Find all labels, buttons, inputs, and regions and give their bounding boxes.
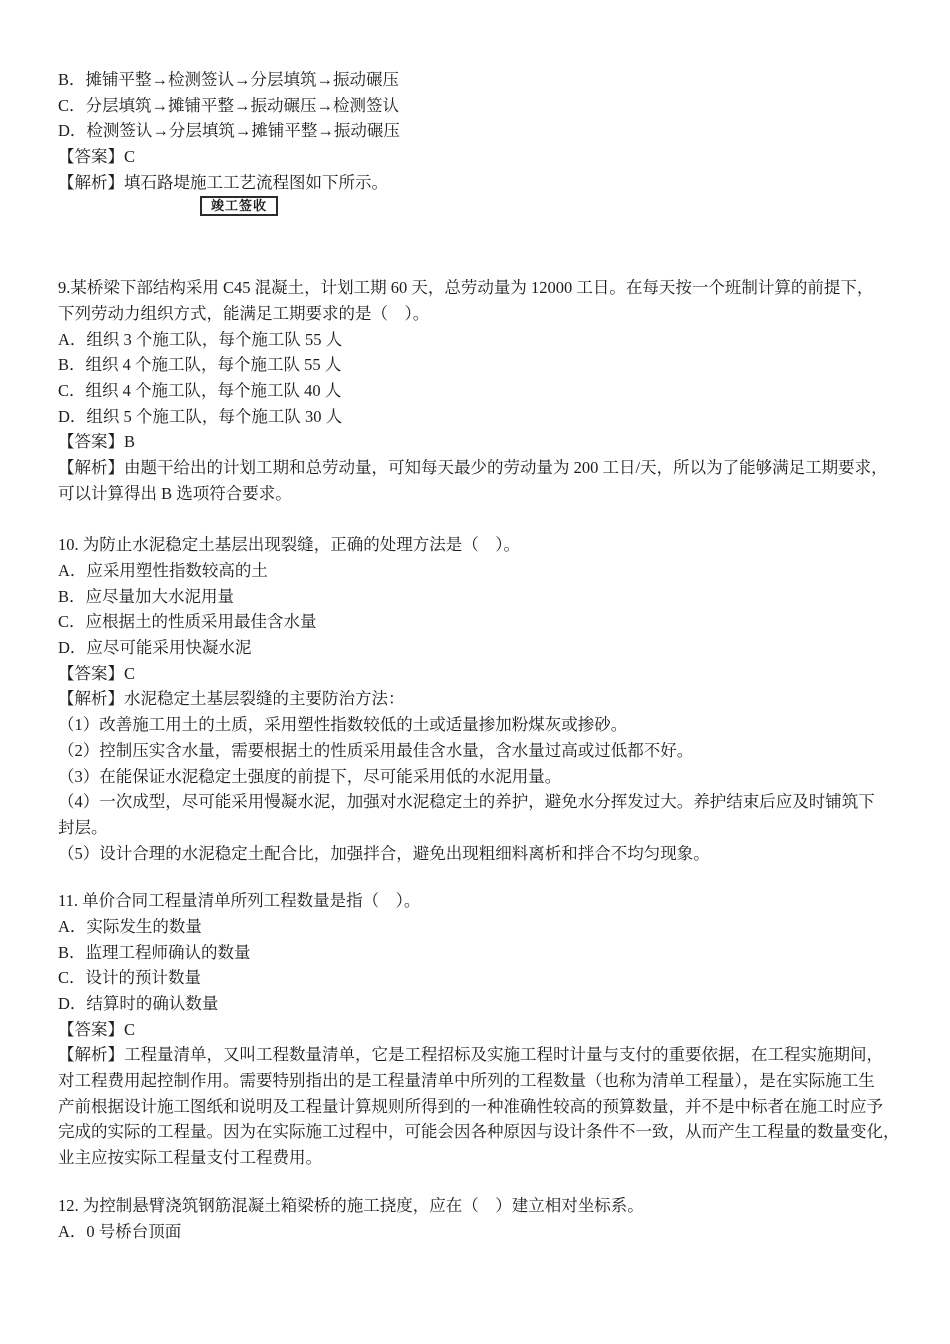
q10-option-d: D．应尽可能采用快凝水泥: [58, 635, 920, 661]
q8-option-d: D．检测签认→分层填筑→摊铺平整→振动碾压: [58, 118, 920, 144]
q8-option-c: C．分层填筑→摊铺平整→振动碾压→检测签认: [58, 93, 920, 119]
q10-stem: 10. 为防止水泥稳定土基层出现裂缝，正确的处理方法是（ ）。: [58, 532, 920, 558]
q9-option-b: B．组织 4 个施工队，每个施工队 55 人: [58, 352, 920, 378]
q9-analysis-line-1: 【解析】由题干给出的计划工期和总劳动量，可知每天最少的劳动量为 200 工日/天…: [58, 455, 920, 481]
q11-analysis-line-1: 【解析】工程量清单，又叫工程数量清单，它是工程招标及实施工程时计量与支付的重要依…: [58, 1042, 920, 1068]
q8-analysis-line: 【解析】填石路堤施工工艺流程图如下所示。: [58, 170, 920, 196]
q11-option-a: A．实际发生的数量: [58, 914, 920, 940]
q10-analysis-title: 【解析】水泥稳定土基层裂缝的主要防治方法：: [58, 686, 920, 712]
q11-option-d: D．结算时的确认数量: [58, 991, 920, 1017]
q9-stem-line-2: 下列劳动力组织方式，能满足工期要求的是（ ）。: [58, 301, 920, 327]
q9-option-c: C．组织 4 个施工队，每个施工队 40 人: [58, 378, 920, 404]
q10-analysis-item-3: （3）在能保证水泥稳定土强度的前提下，尽可能采用低的水泥用量。: [58, 764, 920, 790]
q11-answer-line: 【答案】C: [58, 1017, 920, 1043]
q8-answer-line: 【答案】C: [58, 144, 920, 170]
q11-option-b: B．监理工程师确认的数量: [58, 940, 920, 966]
document-page: B．摊铺平整→检测签认→分层填筑→振动碾压 C．分层填筑→摊铺平整→振动碾压→检…: [0, 0, 950, 1344]
q8-flowchart-fragment: 竣工签收: [58, 195, 920, 221]
q12-option-a: A．0 号桥台顶面: [58, 1219, 920, 1245]
q9-option-d: D．组织 5 个施工队，每个施工队 30 人: [58, 404, 920, 430]
q11-analysis-line-2: 对工程费用起控制作用。需要特别指出的是工程量清单中所列的工程数量（也称为清单工程…: [58, 1068, 920, 1094]
question-11-block: 11. 单价合同工程量清单所列工程数量是指（ ）。 A．实际发生的数量 B．监理…: [58, 888, 920, 1171]
q10-analysis-item-1: （1）改善施工用土的土质，采用塑性指数较低的土或适量掺加粉煤灰或掺砂。: [58, 712, 920, 738]
q10-answer-line: 【答案】C: [58, 661, 920, 687]
q11-analysis-line-4: 完成的实际的工程量。因为在实际施工过程中，可能会因各种原因与设计条件不一致，从而…: [58, 1119, 920, 1145]
question-12-block: 12. 为控制悬臂浇筑钢筋混凝土箱梁桥的施工挠度，应在（ ）建立相对坐标系。 A…: [58, 1193, 920, 1244]
q11-analysis-line-5: 业主应按实际工程量支付工程费用。: [58, 1145, 920, 1171]
q10-analysis-item-4b: 封层。: [58, 815, 920, 841]
q12-stem: 12. 为控制悬臂浇筑钢筋混凝土箱梁桥的施工挠度，应在（ ）建立相对坐标系。: [58, 1193, 920, 1219]
q9-answer-line: 【答案】B: [58, 429, 920, 455]
question-8-block: B．摊铺平整→检测签认→分层填筑→振动碾压 C．分层填筑→摊铺平整→振动碾压→检…: [58, 67, 920, 221]
flowchart-box-completion-signoff: 竣工签收: [200, 196, 278, 216]
q10-analysis-item-2: （2）控制压实含水量，需要根据土的性质采用最佳含水量，含水量过高或过低都不好。: [58, 738, 920, 764]
q9-analysis-line-2: 可以计算得出 B 选项符合要求。: [58, 481, 920, 507]
q11-stem: 11. 单价合同工程量清单所列工程数量是指（ ）。: [58, 888, 920, 914]
q10-option-a: A．应采用塑性指数较高的土: [58, 558, 920, 584]
q8-option-b: B．摊铺平整→检测签认→分层填筑→振动碾压: [58, 67, 920, 93]
q11-analysis-line-3: 产前根据设计施工图纸和说明及工程量计算规则所得到的一种准确性较高的预算数量，并不…: [58, 1094, 920, 1120]
q10-option-c: C．应根据土的性质采用最佳含水量: [58, 609, 920, 635]
question-9-block: 9.某桥梁下部结构采用 C45 混凝土，计划工期 60 天，总劳动量为 1200…: [58, 275, 920, 506]
q10-analysis-item-5: （5）设计合理的水泥稳定土配合比，加强拌合，避免出现粗细料离析和拌合不均匀现象。: [58, 841, 920, 867]
q11-option-c: C．设计的预计数量: [58, 965, 920, 991]
q10-analysis-item-4a: （4）一次成型，尽可能采用慢凝水泥，加强对水泥稳定土的养护，避免水分挥发过大。养…: [58, 789, 920, 815]
q9-stem-line-1: 9.某桥梁下部结构采用 C45 混凝土，计划工期 60 天，总劳动量为 1200…: [58, 275, 920, 301]
exam-text-content: B．摊铺平整→检测签认→分层填筑→振动碾压 C．分层填筑→摊铺平整→振动碾压→检…: [58, 67, 920, 1244]
q10-option-b: B．应尽量加大水泥用量: [58, 584, 920, 610]
q9-option-a: A．组织 3 个施工队，每个施工队 55 人: [58, 327, 920, 353]
question-10-block: 10. 为防止水泥稳定土基层出现裂缝，正确的处理方法是（ ）。 A．应采用塑性指…: [58, 532, 920, 866]
